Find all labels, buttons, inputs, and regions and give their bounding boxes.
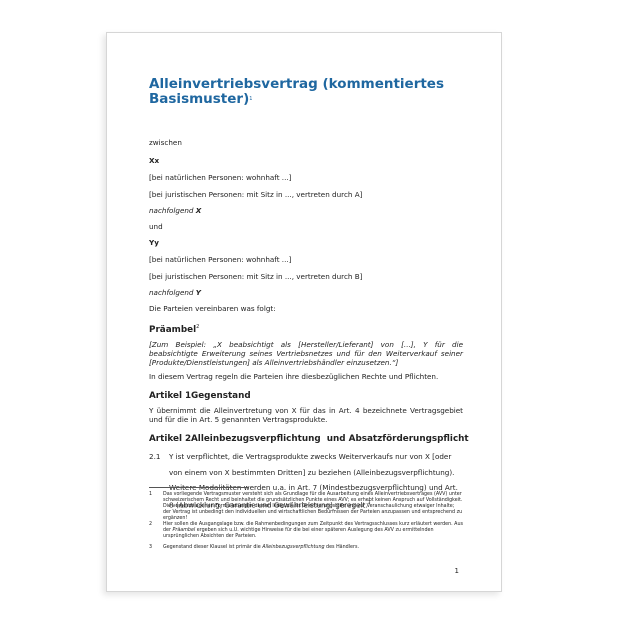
footnote-ref-1[interactable]: 1 <box>249 96 252 102</box>
preamble-example: [Zum Beispiel: „X beabsichtigt als [Hers… <box>149 340 463 367</box>
footnote-number: 3 <box>149 545 152 551</box>
footnote-italic: Präambel <box>173 528 196 533</box>
footnote-2: 2 Hier sollen die Ausgangslage bzw. die … <box>149 522 463 540</box>
party1-natural: [bei natürlichen Personen: wohnhaft ...] <box>149 173 291 182</box>
party2-name: Yy <box>149 238 159 247</box>
article-1-text: Y übernimmt die Alleinvertretung von X f… <box>149 406 463 424</box>
hereafter-label: nachfolgend <box>149 288 194 297</box>
article-title: Alleinbezugsverpflichtung und Absatzförd… <box>191 434 469 444</box>
agreement-text: Die Parteien vereinbaren was folgt: <box>149 304 276 313</box>
party2-legal: [bei juristischen Personen: mit Sitz in … <box>149 272 362 281</box>
footnote-separator <box>149 487 249 488</box>
footnote-text: Hier sollen die Ausgangslage bzw. die Ra… <box>163 522 463 540</box>
footnote-text-part: des Händlers. <box>325 545 359 550</box>
article-1-heading: Artikel 1Gegenstand <box>149 391 251 401</box>
between-label: zwischen <box>149 138 182 147</box>
footnote-text-part: Gegenstand dieser Klausel ist primär die <box>163 545 262 550</box>
article-number: Artikel 2 <box>149 434 191 444</box>
party1-hereafter: nachfolgend X <box>149 206 201 215</box>
title-line-1: Alleinvertriebsvertrag (kommentiertes <box>149 76 444 92</box>
preamble-heading: Präambel2 <box>149 324 199 335</box>
party1-name: Xx <box>149 156 159 165</box>
preamble-text: In diesem Vertrag regeln die Parteien ih… <box>149 372 438 381</box>
footnote-text: Das vorliegende Vertragsmuster versteht … <box>163 492 463 522</box>
document-title: Alleinvertriebsvertrag (kommentiertes Ba… <box>149 77 444 107</box>
title-line-2: Basismuster) <box>149 91 249 107</box>
hereafter-label: nachfolgend <box>149 206 194 215</box>
footnote-3: 3 Gegenstand dieser Klausel ist primär d… <box>149 545 463 551</box>
and-label: und <box>149 222 163 231</box>
footnote-text-part: ergeben sich u.U. wichtige Hinweise für … <box>163 528 434 539</box>
page-number: 1 <box>455 567 459 575</box>
article-2-heading: Artikel 2Alleinbezugsverpflichtung und A… <box>149 434 469 444</box>
footnote-1: 1 Das vorliegende Vertragsmuster versteh… <box>149 492 463 522</box>
footnote-number: 1 <box>149 492 152 498</box>
article-number: Artikel 1 <box>149 391 191 401</box>
footnote-text: Gegenstand dieser Klausel ist primär die… <box>163 545 463 551</box>
party1-short: X <box>196 206 202 215</box>
party2-short: Y <box>196 288 201 297</box>
party2-hereafter: nachfolgend Y <box>149 288 201 297</box>
clause-number: 2.1 <box>149 452 160 461</box>
footnote-ref-2[interactable]: 2 <box>196 324 199 330</box>
footnote-number: 2 <box>149 522 152 528</box>
article-title: Gegenstand <box>191 391 251 401</box>
document-page: Alleinvertriebsvertrag (kommentiertes Ba… <box>106 32 502 592</box>
preamble-title: Präambel <box>149 325 196 335</box>
footnote-italic: Alleinbezugsverpflichtung <box>262 545 324 550</box>
party2-natural: [bei natürlichen Personen: wohnhaft ...] <box>149 255 291 264</box>
party1-legal: [bei juristischen Personen: mit Sitz in … <box>149 190 362 199</box>
